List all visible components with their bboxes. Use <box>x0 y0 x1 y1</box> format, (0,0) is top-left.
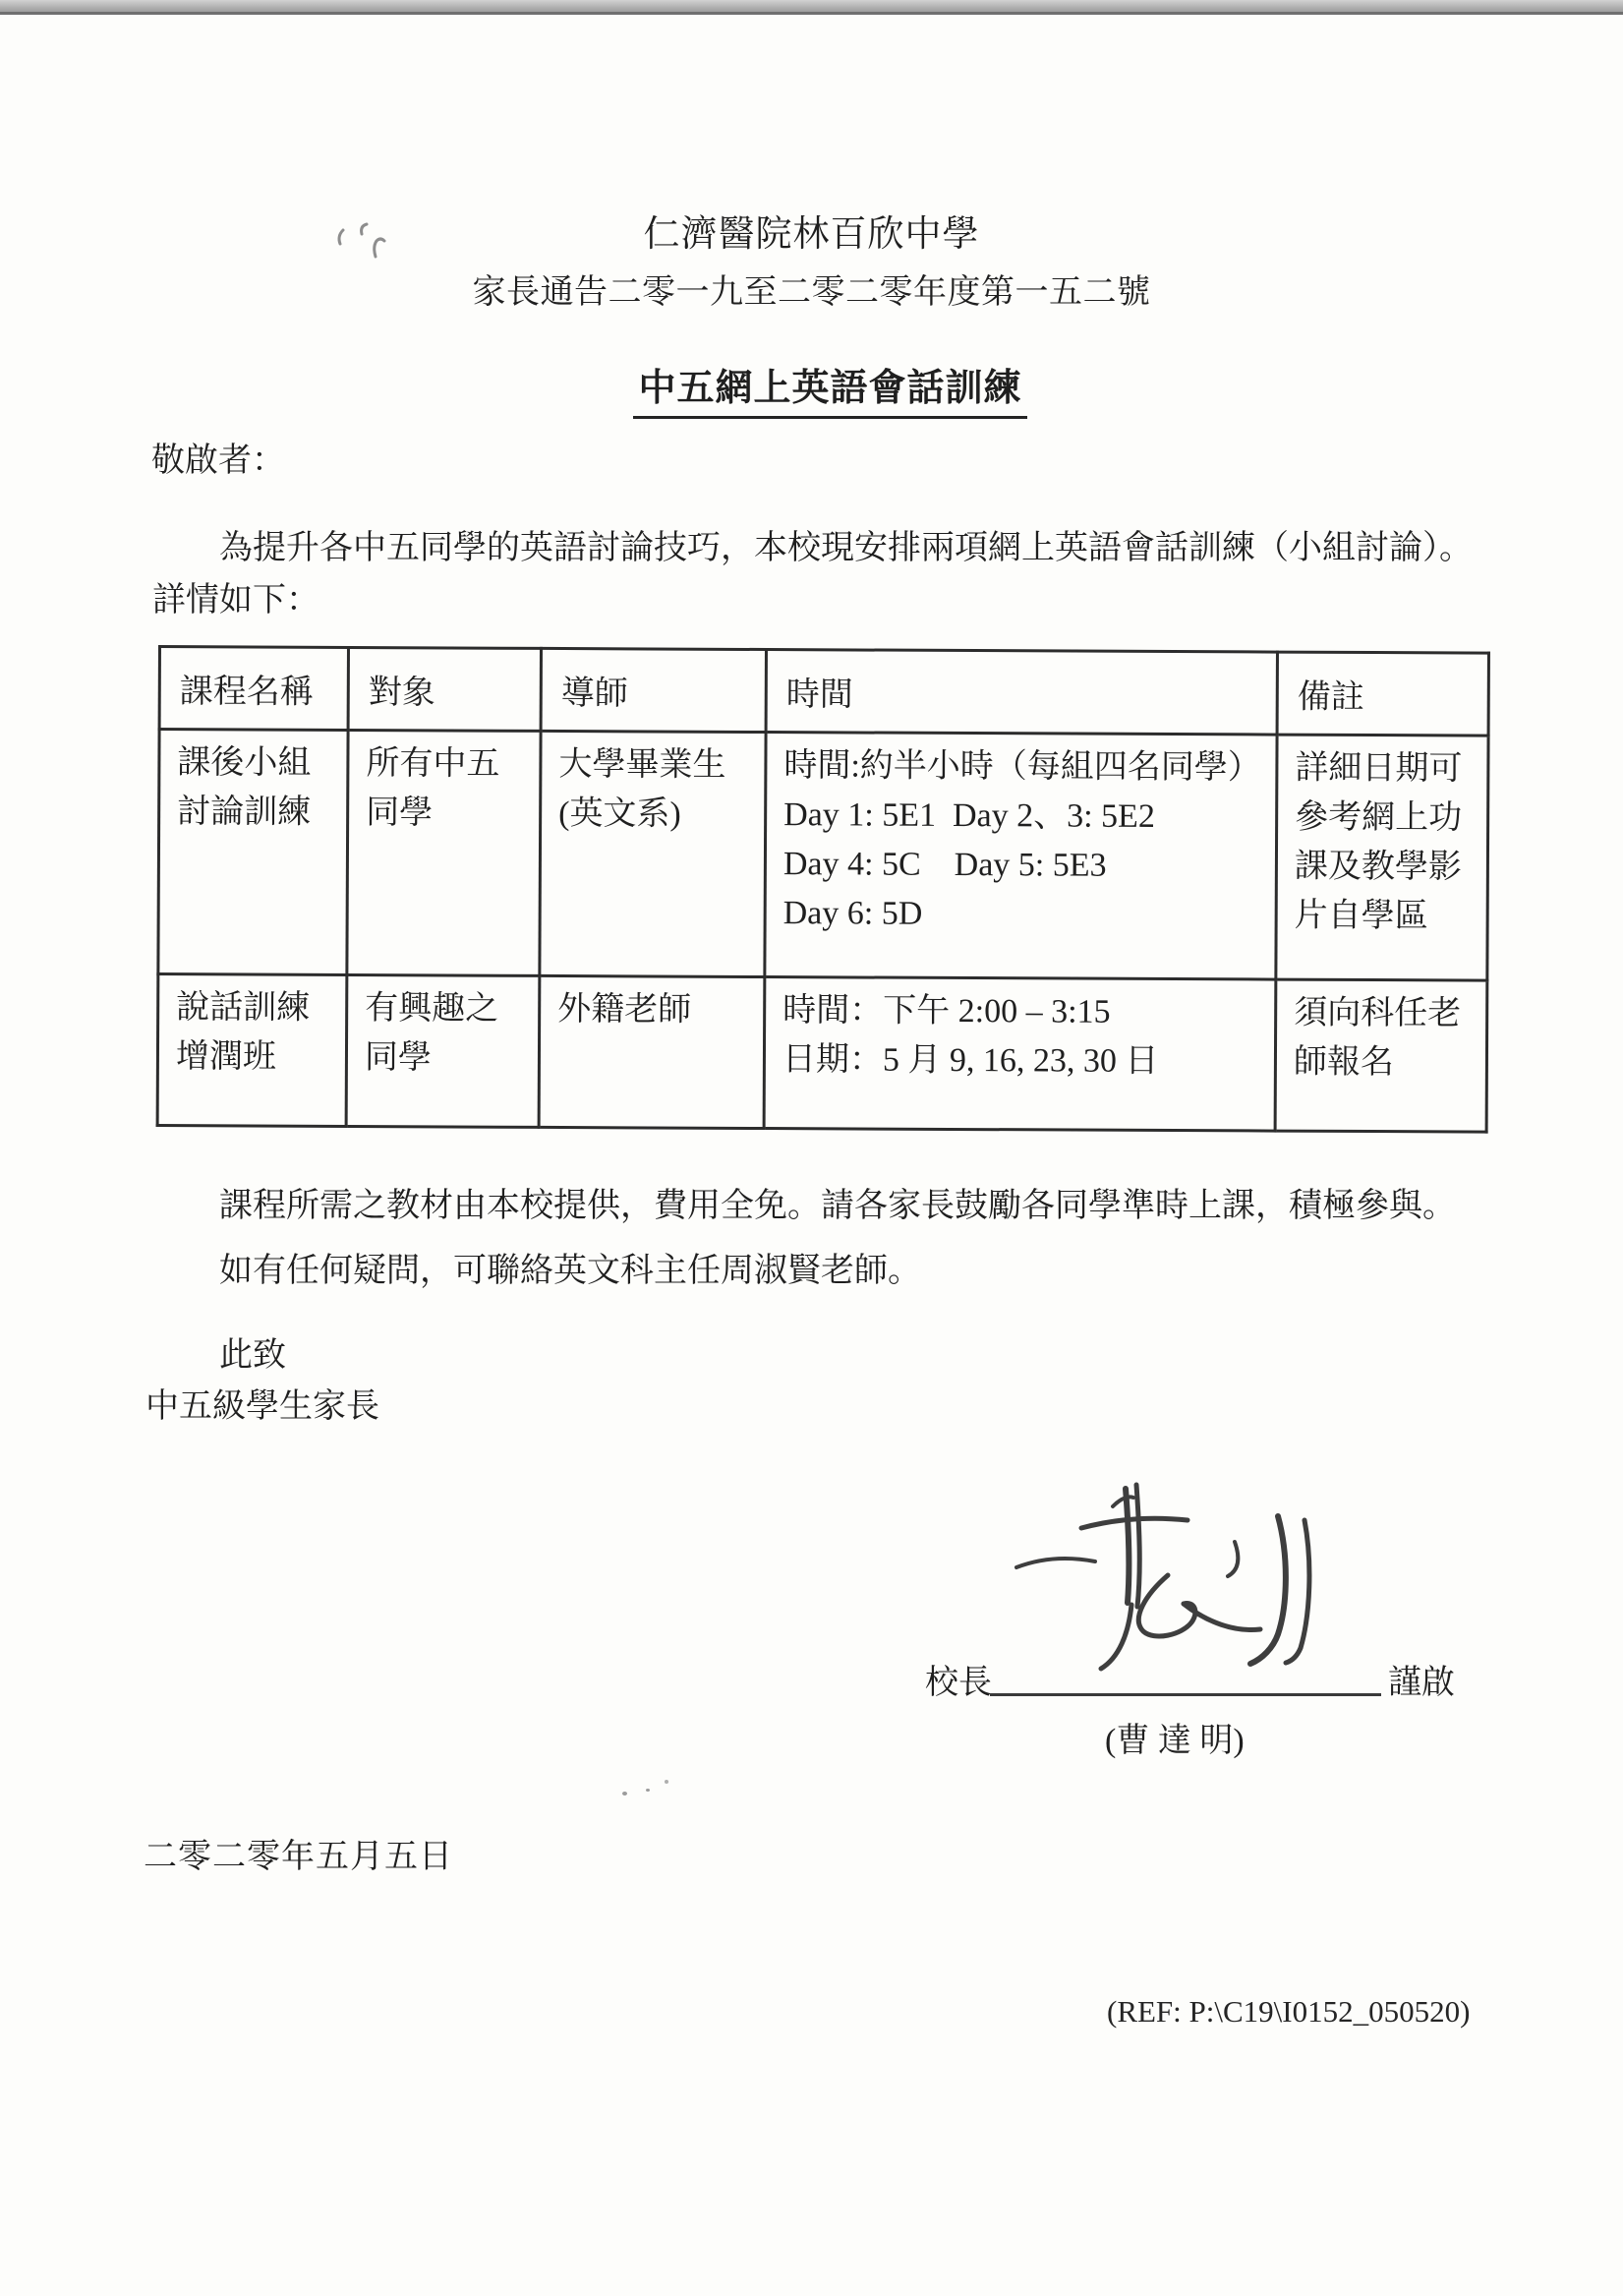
date-line: 二零二零年五月五日 <box>144 1829 453 1877</box>
table-row: 說話訓練 增潤班 有興趣之 同學 外籍老師 時間：下午 2:00 – 3:15 … <box>157 974 1487 1133</box>
principal-name: (曹 達 明) <box>1105 1713 1245 1761</box>
column-header-tutor: 導師 <box>541 648 766 732</box>
table-header-row: 課程名稱 對象 導師 時間 備註 <box>159 647 1488 736</box>
cell-tutor: 大學畢業生 (英文系) <box>540 731 766 976</box>
cell-course-name: 課後小組 討論訓練 <box>158 730 348 975</box>
cell-remarks: 須向科任老 師報名 <box>1275 979 1487 1132</box>
cell-tutor: 外籍老師 <box>539 975 765 1128</box>
materials-paragraph: 課程所需之教材由本校提供，費用全免。請各家長鼓勵各同學準時上課，積極參與。 <box>152 1180 1504 1232</box>
cell-target: 有興趣之 同學 <box>346 974 540 1127</box>
sign-off-label: 謹啟 <box>1388 1655 1455 1703</box>
column-header-course-name: 課程名稱 <box>159 647 348 731</box>
scan-artifact-dot <box>622 1792 627 1796</box>
cell-remarks: 詳細日期可 參考網上功 課及教學影 片自學區 <box>1276 735 1488 980</box>
reference-number: (REF: P:\C19\I0152_050520) <box>1107 1994 1470 2030</box>
salutation: 敬啟者： <box>151 435 285 487</box>
scan-artifact-dot <box>665 1780 668 1784</box>
enquiry-paragraph: 如有任何疑問，可聯絡英文科主任周淑賢老師。 <box>152 1245 1504 1297</box>
recipient-line: 中五級學生家長 <box>145 1381 379 1433</box>
column-header-target: 對象 <box>348 647 541 731</box>
table-row: 課後小組 討論訓練 所有中五 同學 大學畢業生 (英文系) 時間:約半小時（每組… <box>158 730 1488 981</box>
intro-paragraph: 為提升各中五同學的英語討論技巧，本校現安排兩項網上英語會話訓練（小組討論）。 詳… <box>152 522 1504 626</box>
scan-artifact-dot <box>646 1789 650 1792</box>
notice-number-line: 家長通告二零一九至二零二零年度第一五二號 <box>0 265 1623 313</box>
course-table: 課程名稱 對象 導師 時間 備註 課後小組 討論訓練 所有中五 同學 大學畢業生… <box>156 645 1490 1134</box>
column-header-remarks: 備註 <box>1277 652 1488 736</box>
signature-line <box>990 1636 1381 1696</box>
column-header-time: 時間 <box>766 650 1277 736</box>
cell-target: 所有中五 同學 <box>347 730 541 975</box>
cell-time: 時間：下午 2:00 – 3:15 日期：5 月 9, 16, 23, 30 日 <box>764 977 1276 1132</box>
principal-label: 校長 <box>925 1655 992 1703</box>
scanned-notice-page: 仁濟醫院林百欣中學 家長通告二零一九至二零二零年度第一五二號 中五網上英語會話訓… <box>0 0 1623 2296</box>
cell-course-name: 說話訓練 增潤班 <box>157 974 347 1127</box>
school-name: 仁濟醫院林百欣中學 <box>0 204 1623 257</box>
valediction: 此致 <box>219 1329 286 1382</box>
cell-time: 時間:約半小時（每組四名同學） Day 1: 5E1 Day 2、3: 5E2 … <box>765 733 1277 980</box>
scan-edge-artifact <box>0 0 1623 15</box>
page-title-text: 中五網上英語會話訓練 <box>633 357 1026 419</box>
